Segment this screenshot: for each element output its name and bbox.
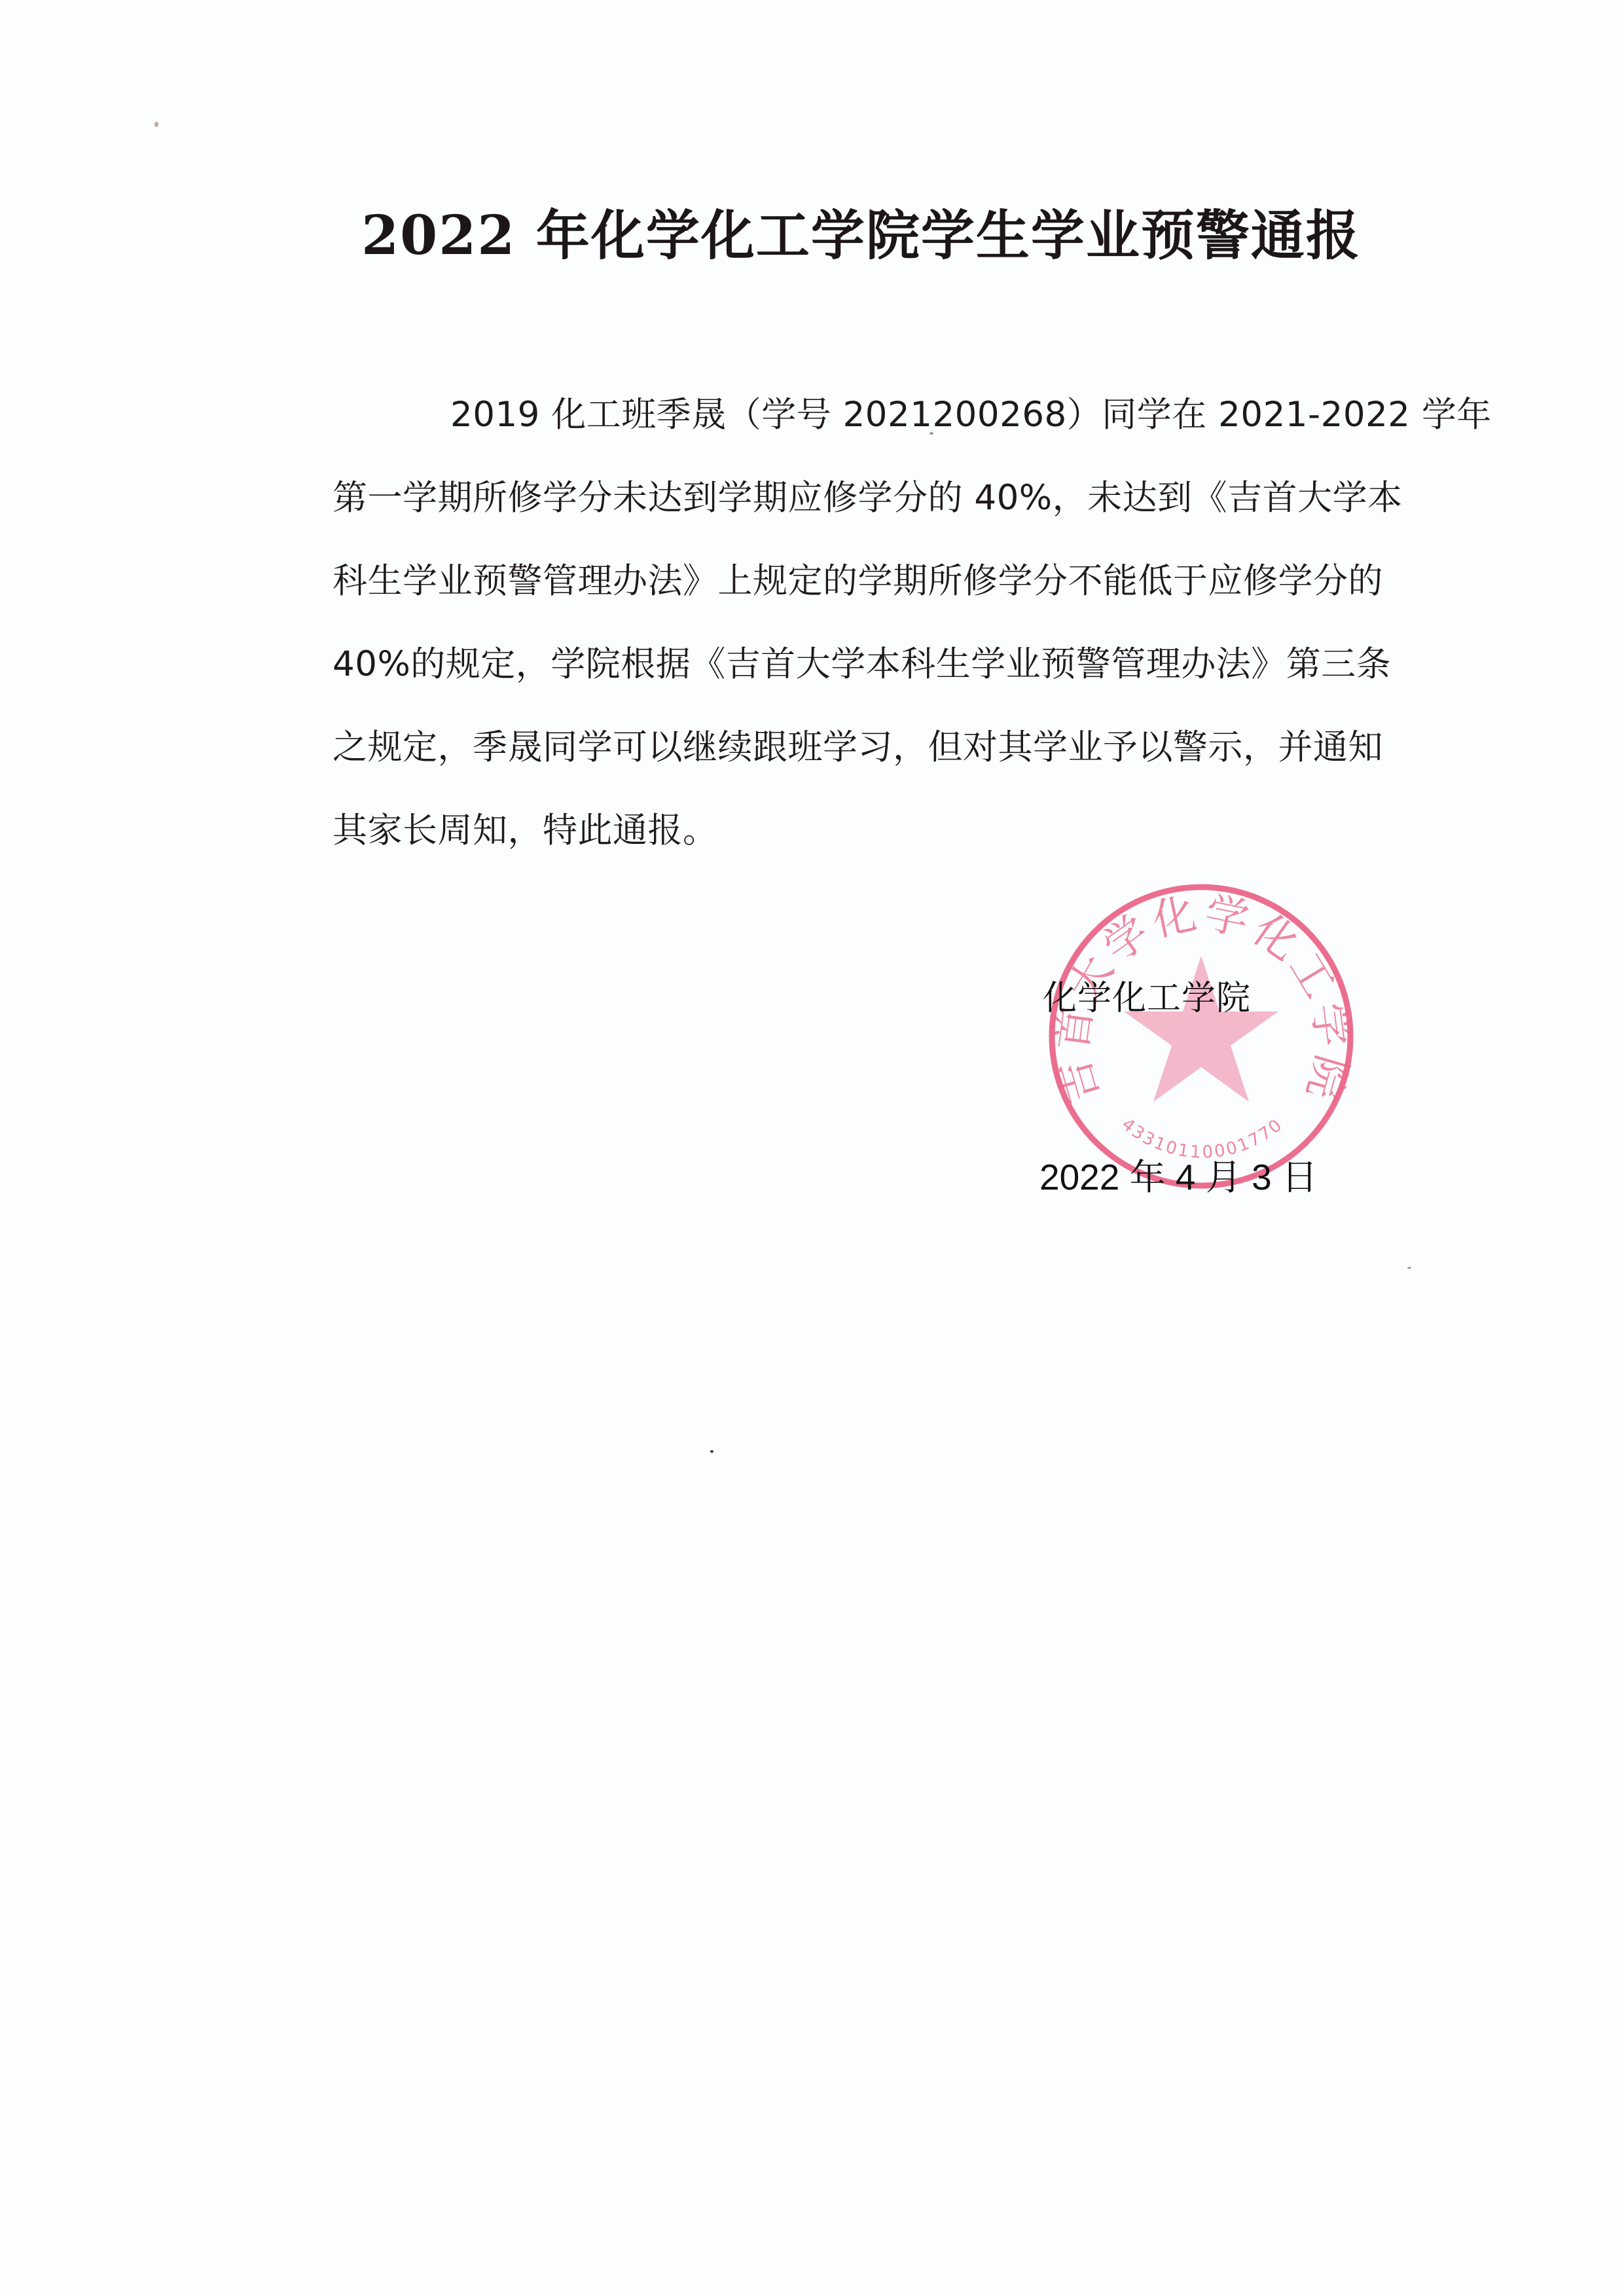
body-line-4: 40%的规定，学院根据《吉首大学本科生学业预警管理办法》第三条: [333, 623, 1475, 706]
body-line-6: 其家长周知，特此通报。: [333, 789, 1475, 872]
body-line-2: 第一学期所修学分未达到学期应修学分的 40%，未达到《吉首大学本: [333, 456, 1475, 539]
body-line-3: 科生学业预警管理办法》上规定的学期所修学分不能低于应修学分的: [333, 539, 1475, 623]
issuer-signature: 化学化工学院: [1043, 975, 1251, 1021]
body-line-1: 2019 化工班季晟（学号 2021200268）同学在 2021-2022 学…: [333, 373, 1475, 456]
scan-speck: [1407, 1267, 1411, 1269]
scan-speck: [929, 432, 933, 435]
seal-graphic: 吉首大学化学化工学院 43310110001770: [1045, 881, 1357, 1192]
document-page: 2022 年化学化工学院学生学业预警通报 2019 化工班季晟（学号 20212…: [0, 0, 1624, 2296]
scan-speck: [154, 122, 158, 127]
issue-date: 2022 年 4 月 3 日: [1039, 1151, 1318, 1203]
scan-speck: [710, 1450, 713, 1453]
document-title: 2022 年化学化工学院学生学业预警通报: [0, 193, 1624, 270]
notice-body: 2019 化工班季晟（学号 2021200268）同学在 2021-2022 学…: [333, 373, 1475, 872]
body-line-5: 之规定，季晟同学可以继续跟班学习，但对其学业予以警示，并通知: [333, 706, 1475, 789]
official-seal: 吉首大学化学化工学院 43310110001770: [1045, 881, 1357, 1192]
